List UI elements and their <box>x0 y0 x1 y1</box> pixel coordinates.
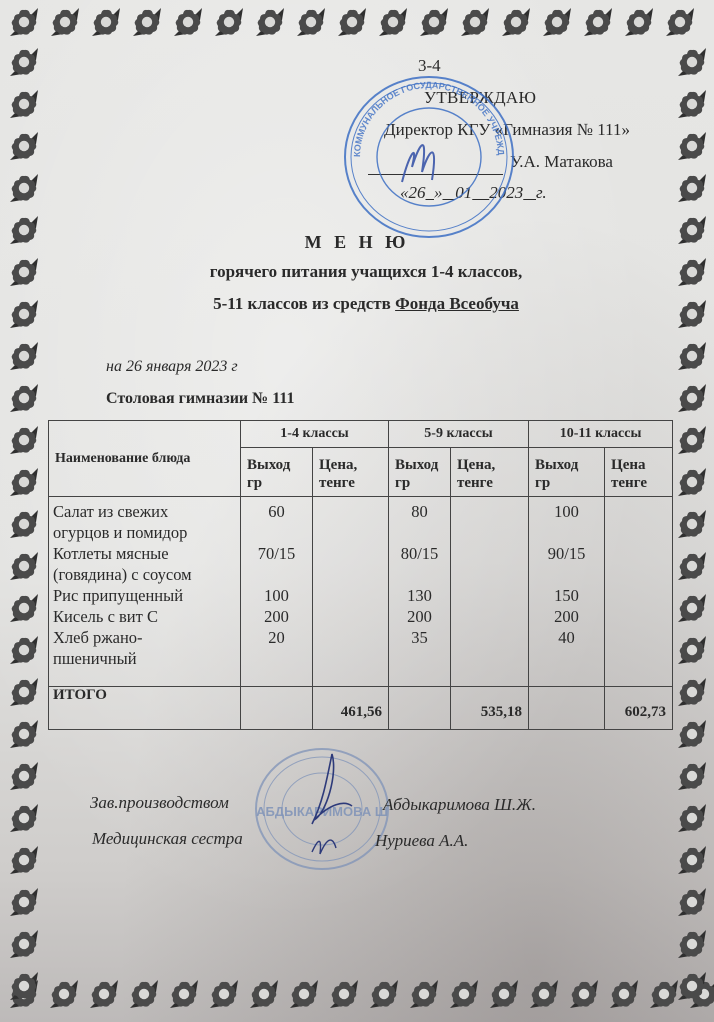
flower-ornament-icon <box>368 978 400 1010</box>
total-label: ИТОГО <box>49 687 241 730</box>
flower-ornament-icon <box>90 6 122 38</box>
total-price-5-9: 535,18 <box>451 687 529 730</box>
output-column-5-9: 8080/1513020035 <box>389 497 451 687</box>
signature-name-nurse: Нуриева А.А. <box>375 831 468 851</box>
menu-table: Наименование блюда 1-4 классы 5-9 классы… <box>48 420 673 730</box>
page-marker: 3-4 <box>418 56 441 76</box>
flower-ornament-icon <box>8 382 40 414</box>
flower-ornament-icon <box>295 6 327 38</box>
menu-date: на 26 января 2023 г <box>106 358 238 376</box>
flower-ornament-icon <box>648 978 680 1010</box>
date-quote: » <box>434 183 443 203</box>
price-column-10-11 <box>605 497 673 687</box>
menu-subtitle-1: горячего питания учащихся 1-4 классов, <box>0 262 714 282</box>
flower-ornament-icon <box>676 382 708 414</box>
dish-line: Котлеты мясные <box>53 543 240 564</box>
group-header-1-4: 1-4 классы <box>241 421 389 448</box>
flower-ornament-icon <box>8 46 40 78</box>
dish-line: Хлеб ржано- <box>53 627 240 648</box>
flower-ornament-icon <box>676 172 708 204</box>
flower-ornament-icon <box>172 6 204 38</box>
flower-ornament-icon <box>528 978 560 1010</box>
flower-ornament-icon <box>8 802 40 834</box>
flower-ornament-icon <box>676 634 708 666</box>
dish-line: огурцов и помидор <box>53 522 240 543</box>
group-header-5-9: 5-9 классы <box>389 421 529 448</box>
total-output-5-9 <box>389 687 451 730</box>
flower-ornament-icon <box>8 928 40 960</box>
menu-subtitle-2: 5-11 классов из средств Фонда Всеобуча <box>0 294 714 314</box>
date-suffix: г. <box>536 183 547 203</box>
flower-ornament-icon <box>676 130 708 162</box>
flower-ornament-icon <box>8 550 40 582</box>
total-output-10-11 <box>529 687 605 730</box>
flower-ornament-icon <box>688 978 714 1010</box>
flower-ornament-icon <box>8 634 40 666</box>
flower-ornament-icon <box>8 760 40 792</box>
date-year: 2023 <box>489 183 523 203</box>
flower-ornament-icon <box>8 130 40 162</box>
flower-ornament-icon <box>48 978 80 1010</box>
flower-ornament-icon <box>676 508 708 540</box>
price-header: Ценатенге <box>605 448 673 497</box>
flower-ornament-icon <box>608 978 640 1010</box>
flower-ornament-icon <box>676 886 708 918</box>
flower-ornament-icon <box>488 978 520 1010</box>
flower-ornament-icon <box>448 978 480 1010</box>
flower-ornament-icon <box>418 6 450 38</box>
flower-ornament-icon <box>8 592 40 624</box>
flower-ornament-icon <box>8 676 40 708</box>
flower-ornament-icon <box>8 172 40 204</box>
signature-role-production: Зав.производством <box>90 793 229 813</box>
dish-list: Салат из свежих огурцов и помидор Котлет… <box>49 497 241 687</box>
output-header: Выходгр <box>241 448 313 497</box>
signature-line <box>368 174 503 175</box>
flower-ornament-icon <box>8 970 40 1002</box>
flower-ornament-icon <box>676 46 708 78</box>
flower-ornament-icon <box>128 978 160 1010</box>
subtitle-prefix: 5-11 классов из средств <box>213 294 395 313</box>
group-header-10-11: 10-11 классы <box>529 421 673 448</box>
flower-ornament-icon <box>377 6 409 38</box>
svg-text:АБДЫКАРИМОВА Ш: АБДЫКАРИМОВА Ш <box>256 804 388 819</box>
header-row-groups: Наименование блюда 1-4 классы 5-9 классы… <box>49 421 673 448</box>
flower-ornament-icon <box>131 6 163 38</box>
flower-ornament-icon <box>8 844 40 876</box>
dish-line: Кисель с вит С <box>53 606 240 627</box>
signature-name-production: Абдыкаримова Ш.Ж. <box>383 795 536 815</box>
flower-ornament-icon <box>676 592 708 624</box>
flower-ornament-icon <box>408 978 440 1010</box>
signature-role-nurse: Медицинская сестра <box>92 829 243 849</box>
flower-ornament-icon <box>568 978 600 1010</box>
flower-ornament-icon <box>676 424 708 456</box>
total-output-1-4 <box>241 687 313 730</box>
output-header: Выходгр <box>389 448 451 497</box>
flower-ornament-icon <box>8 6 40 38</box>
flower-ornament-icon <box>88 978 120 1010</box>
dish-line: Рис припущенный <box>53 585 240 606</box>
flower-ornament-icon <box>8 340 40 372</box>
flower-ornament-icon <box>49 6 81 38</box>
flower-ornament-icon <box>459 6 491 38</box>
flower-ornament-icon <box>288 978 320 1010</box>
flower-ornament-icon <box>8 508 40 540</box>
official-stamp-bottom: АБДЫКАРИМОВА Ш <box>252 744 392 874</box>
dish-name-header: Наименование блюда <box>49 421 241 497</box>
output-header: Выходгр <box>529 448 605 497</box>
flower-ornament-icon <box>676 466 708 498</box>
date-month: 01 <box>455 183 472 203</box>
flower-ornament-icon <box>8 466 40 498</box>
flower-ornament-icon <box>208 978 240 1010</box>
flower-ornament-icon <box>8 886 40 918</box>
flower-ornament-icon <box>676 760 708 792</box>
flower-ornament-icon <box>541 6 573 38</box>
flower-ornament-icon <box>8 718 40 750</box>
price-column-1-4 <box>313 497 389 687</box>
flower-ornament-icon <box>676 340 708 372</box>
date-day: «26 <box>400 183 426 203</box>
svg-text:КОММУНАЛЬНОЕ ГОСУДАРСТВЕННОЕ У: КОММУНАЛЬНОЕ ГОСУДАРСТВЕННОЕ УЧРЕЖДЕНИЕ … <box>340 72 506 157</box>
total-price-1-4: 461,56 <box>313 687 389 730</box>
total-price-10-11: 602,73 <box>605 687 673 730</box>
dish-line: Салат из свежих <box>53 501 240 522</box>
flower-ornament-icon <box>8 88 40 120</box>
table-row-total: ИТОГО 461,56 535,18 602,73 <box>49 687 673 730</box>
menu-title: М Е Н Ю <box>0 232 714 253</box>
price-header: Цена,тенге <box>451 448 529 497</box>
flower-ornament-icon <box>8 978 40 1010</box>
flower-ornament-icon <box>213 6 245 38</box>
approval-date: «26 » 01 2023 г. <box>400 183 547 203</box>
flower-ornament-icon <box>623 6 655 38</box>
flower-ornament-icon <box>248 978 280 1010</box>
table-row-dishes: Салат из свежих огурцов и помидор Котлет… <box>49 497 673 687</box>
director-name: У.А. Матакова <box>510 152 613 172</box>
director-line: Директор КГУ «Гимназия № 111» <box>384 120 630 140</box>
flower-ornament-icon <box>582 6 614 38</box>
flower-ornament-icon <box>500 6 532 38</box>
dish-line: (говядина) с соусом <box>53 564 240 585</box>
flower-ornament-icon <box>254 6 286 38</box>
flower-ornament-icon <box>676 676 708 708</box>
flower-ornament-icon <box>664 6 696 38</box>
flower-ornament-icon <box>8 424 40 456</box>
flower-ornament-icon <box>676 844 708 876</box>
flower-ornament-icon <box>676 802 708 834</box>
output-column-10-11: 10090/1515020040 <box>529 497 605 687</box>
flower-ornament-icon <box>168 978 200 1010</box>
output-column-1-4: 6070/1510020020 <box>241 497 313 687</box>
flower-ornament-icon <box>676 88 708 120</box>
flower-ornament-icon <box>336 6 368 38</box>
flower-ornament-icon <box>328 978 360 1010</box>
flower-ornament-icon <box>676 550 708 582</box>
fund-name: Фонда Всеобуча <box>395 294 519 313</box>
canteen-name: Столовая гимназии № 111 <box>106 390 294 408</box>
approve-label: УТВЕРЖДАЮ <box>424 88 536 108</box>
dish-line: пшеничный <box>53 648 240 669</box>
flower-ornament-icon <box>676 970 708 1002</box>
flower-ornament-icon <box>676 718 708 750</box>
price-column-5-9 <box>451 497 529 687</box>
price-header: Цена,тенге <box>313 448 389 497</box>
flower-ornament-icon <box>676 928 708 960</box>
